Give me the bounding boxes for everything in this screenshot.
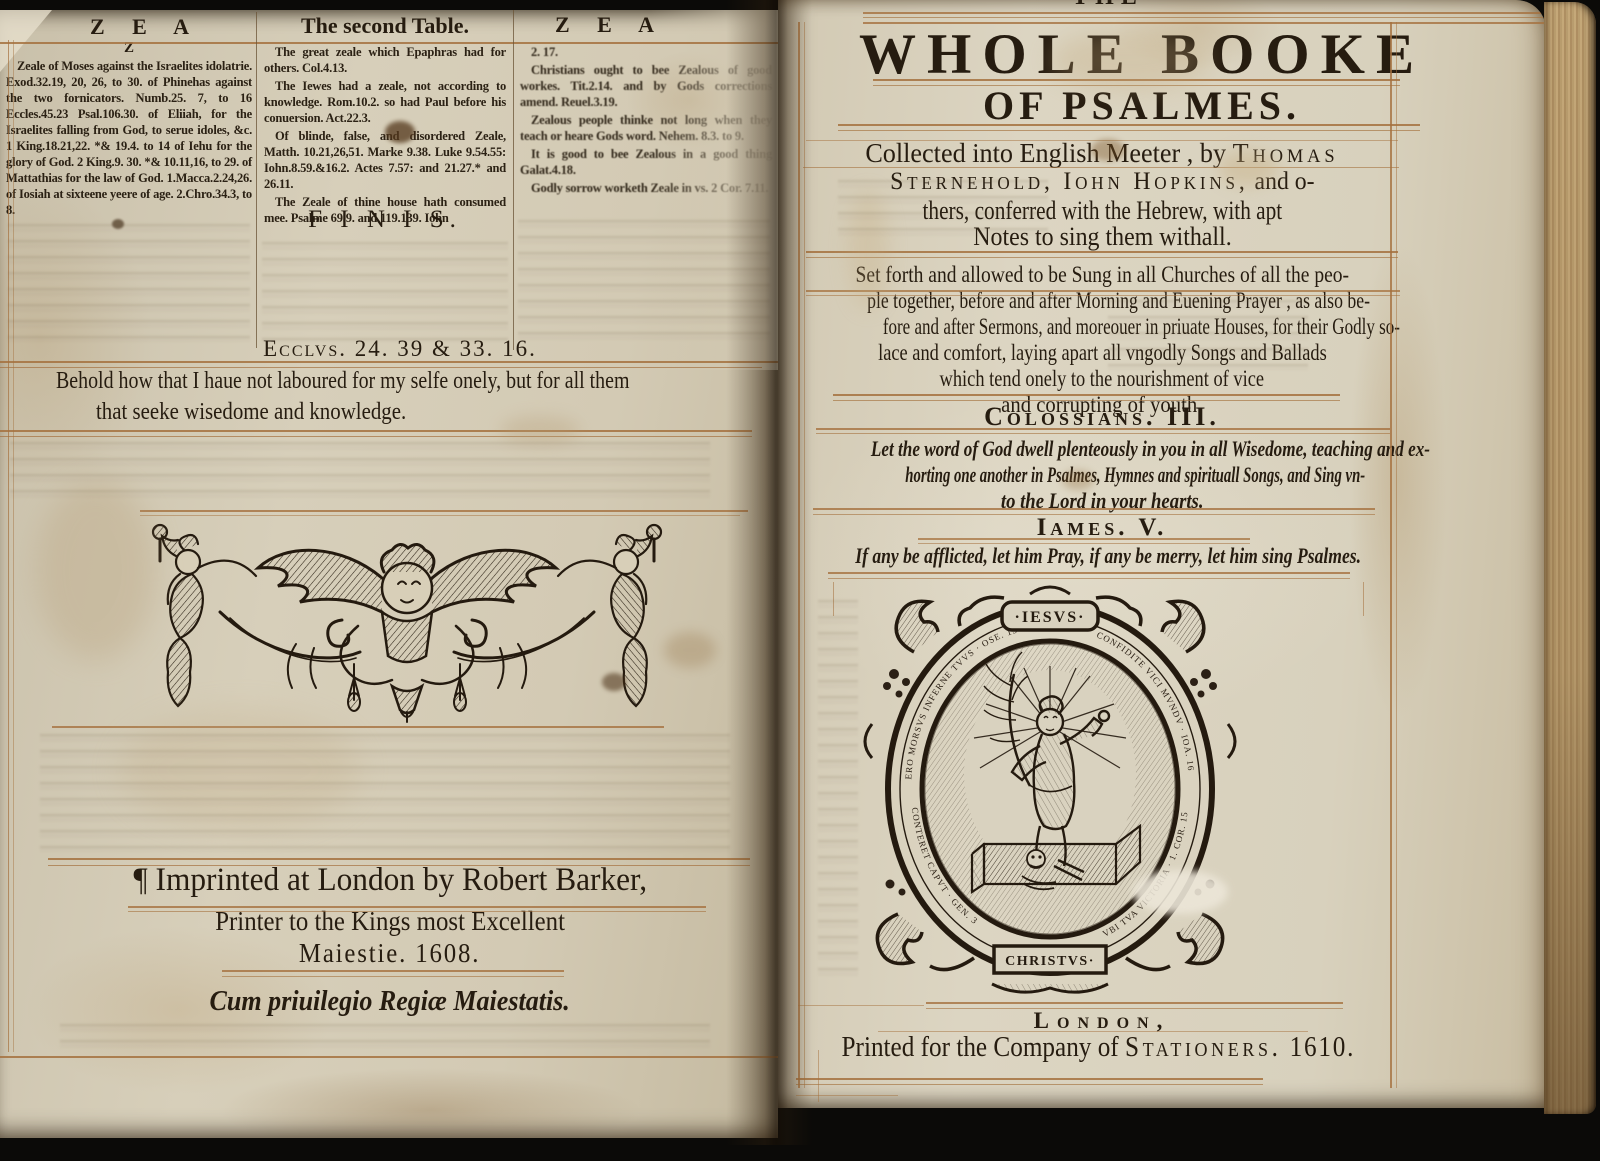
ruled-line — [873, 79, 1400, 81]
ruled-line — [838, 130, 1420, 131]
imprint-text: Printed for the Company of — [841, 1032, 1124, 1063]
imprint-line: Printed for the Company of Stationers. 1… — [841, 1032, 1355, 1064]
text-line-0: The great zeale which Epaphras had for o… — [264, 44, 506, 76]
text-line-1: The Iewes had a zeale, not according to … — [264, 78, 506, 126]
book-fore-edge — [1544, 2, 1596, 1114]
ruled-line — [873, 85, 1400, 86]
collected-line-2-text: and o- — [1248, 168, 1314, 195]
ink-show-through — [518, 220, 770, 346]
column-divider — [513, 10, 514, 350]
title-line-2: OF PSALMES. — [792, 82, 1492, 129]
ruled-line — [918, 543, 1250, 544]
ruled-line — [926, 1002, 1343, 1004]
column-divider — [256, 12, 257, 348]
ruled-line — [878, 1031, 1308, 1032]
ruled-line — [0, 436, 752, 437]
text-line-2: Of blinde, false, and disordered Zeale, … — [264, 128, 506, 192]
ruled-line — [813, 508, 1375, 510]
collected-line-1-text: Collected into English Meeter , by — [865, 138, 1232, 168]
text-line-0: 2. 17. — [520, 44, 772, 60]
ink-show-through — [60, 1024, 710, 1048]
ruled-line — [816, 433, 1390, 434]
ruled-line — [1396, 22, 1397, 1088]
colossians-line-3: to the Lord in your hearts. — [1001, 488, 1204, 514]
index-column-3: 2. 17.Christians ought to bee Zealous of… — [520, 44, 772, 198]
ruled-line — [804, 22, 805, 1088]
ruled-line — [806, 140, 1398, 141]
ruled-line — [863, 12, 1545, 14]
verse-line-1: Behold how that I haue not laboured for … — [56, 368, 629, 395]
paper-stain — [120, 710, 360, 830]
ink-show-through — [262, 242, 508, 342]
ruled-line — [806, 295, 1400, 296]
ruled-line — [813, 514, 1375, 515]
ruled-line — [926, 1008, 1343, 1009]
running-head-left: Z E A — [40, 14, 250, 40]
paper-stain — [664, 632, 716, 668]
collected-line-1-name: Thomas — [1233, 138, 1339, 168]
text-line-4: Godly sorrow worketh Zeale in vs. 2 Cor.… — [520, 180, 772, 196]
ruled-line — [128, 911, 706, 912]
ruled-line — [806, 257, 1398, 258]
setforth-line-2: ple together, before and after Morning a… — [867, 288, 1370, 314]
setforth-line-4: lace and comfort, laying apart all vngod… — [878, 340, 1327, 366]
ruled-line — [1390, 22, 1392, 1088]
ruled-line — [838, 124, 1420, 126]
index-column-2: The great zeale which Epaphras had for o… — [264, 44, 506, 228]
imprint-line-3: Maiestie. 1608. — [299, 938, 480, 969]
ruled-line — [222, 976, 564, 977]
ruled-line — [222, 970, 564, 972]
ruled-line — [828, 578, 1350, 579]
head-word-clipped: THE — [1008, 0, 1208, 11]
index-column-1: Zeale of Moses against the Israelites id… — [6, 58, 252, 220]
setforth-line-5: which tend onely to the nourishment of v… — [940, 366, 1264, 392]
ruled-line — [796, 1078, 1263, 1080]
left-page: Z E A The second Table. Z E A Z Zeale of… — [0, 10, 778, 1138]
ruled-line — [0, 42, 778, 44]
verse-line-2: that seeke wisedome and knowledge. — [96, 399, 406, 426]
title-line-1: WHOLE BOOKE — [792, 22, 1492, 87]
ruled-line — [140, 515, 740, 516]
ruled-line — [806, 251, 1398, 253]
colossians-block: Let the word of God dwell plenteously in… — [792, 436, 1412, 514]
running-head-center: The second Table. — [270, 13, 500, 39]
ruled-line — [0, 367, 762, 368]
ruled-line — [833, 400, 1340, 401]
ink-show-through — [10, 442, 710, 504]
emblem-label-christvs: CHRISTVS· — [1005, 954, 1095, 969]
colossians-line-2: horting one another in Psalmes, Hymnes a… — [905, 462, 1365, 488]
text-line-2: Zealous people thinke not long when they… — [520, 112, 772, 144]
emblem-woodcut: ERO MORSVS INFERNE TVVS · OSE. 13 CONFID… — [854, 554, 1246, 996]
ruled-line — [806, 290, 1400, 292]
collected-line-4: Notes to sing them withall. — [973, 222, 1231, 252]
ruled-line — [863, 22, 1545, 24]
text-line-1: Christians ought to bee Zealous of good … — [520, 62, 772, 110]
running-head-right: Z E A — [505, 12, 715, 38]
imprint-line-1: ¶ Imprinted at London by Robert Barker, — [133, 862, 647, 899]
ruled-line — [1363, 582, 1364, 616]
ruled-line — [798, 1005, 924, 1006]
ruled-line — [52, 726, 664, 728]
ruled-line — [863, 17, 1545, 18]
ink-show-through — [8, 224, 250, 342]
ruled-line — [0, 1056, 778, 1058]
finis-label: F I N I S. — [270, 206, 500, 234]
ruled-line — [798, 22, 800, 1088]
ruled-line — [833, 582, 834, 616]
ruled-line — [128, 906, 706, 908]
ruled-line — [0, 430, 752, 432]
ruled-line — [918, 538, 1250, 540]
paper-stain — [36, 480, 156, 660]
ruled-line — [48, 858, 750, 860]
imprint-publisher: Stationers. — [1125, 1032, 1281, 1063]
collected-line-2-names: Sternehold, Iohn Hopkins, — [890, 168, 1248, 195]
ruled-line — [140, 510, 748, 512]
ruled-line — [796, 1095, 898, 1096]
imprint-year: 1610. — [1281, 1032, 1355, 1063]
ink-show-through — [40, 734, 730, 852]
ornament-woodcut — [146, 516, 668, 726]
paper-stain — [112, 219, 124, 229]
colossians-line-1: Let the word of God dwell plenteously in… — [871, 436, 1430, 462]
setforth-line-1: Set forth and allowed to be Sung in all … — [855, 262, 1349, 288]
ruled-line — [833, 394, 1340, 396]
right-page title-page: THE WHOLE BOOKE OF PSALMES. Collected in… — [778, 0, 1546, 1108]
ruled-line — [8, 40, 9, 1052]
ruled-line — [816, 428, 1390, 430]
collected-line-1: Collected into English Meeter , by Thoma… — [865, 138, 1338, 169]
ink-show-through — [818, 600, 858, 980]
verse-heading: Ecclvs. 24. 39 & 33. 16. — [180, 336, 620, 362]
text-line-0: Zeale of Moses against the Israelites id… — [6, 58, 252, 218]
ruled-line — [818, 1050, 819, 1102]
ruled-line — [796, 1084, 1263, 1085]
book-scan: Z E A The second Table. Z E A Z Zeale of… — [0, 0, 1600, 1161]
ruled-line — [48, 865, 750, 866]
ruled-line — [828, 572, 1350, 574]
text-line-3: It is good to bee Zealous in a good thin… — [520, 146, 772, 178]
ruled-line — [803, 167, 1399, 168]
ruled-line — [13, 40, 14, 1052]
privilege-line: Cum priuilegio Regiæ Maiestatis. — [210, 986, 570, 1018]
emblem-label-iesvs: ·IESVS· — [1015, 609, 1086, 626]
setforth-line-3: fore and after Sermons, and moreouer in … — [883, 314, 1400, 340]
collected-line-2: Sternehold, Iohn Hopkins, and o- — [890, 168, 1314, 196]
ruled-line — [0, 361, 778, 363]
